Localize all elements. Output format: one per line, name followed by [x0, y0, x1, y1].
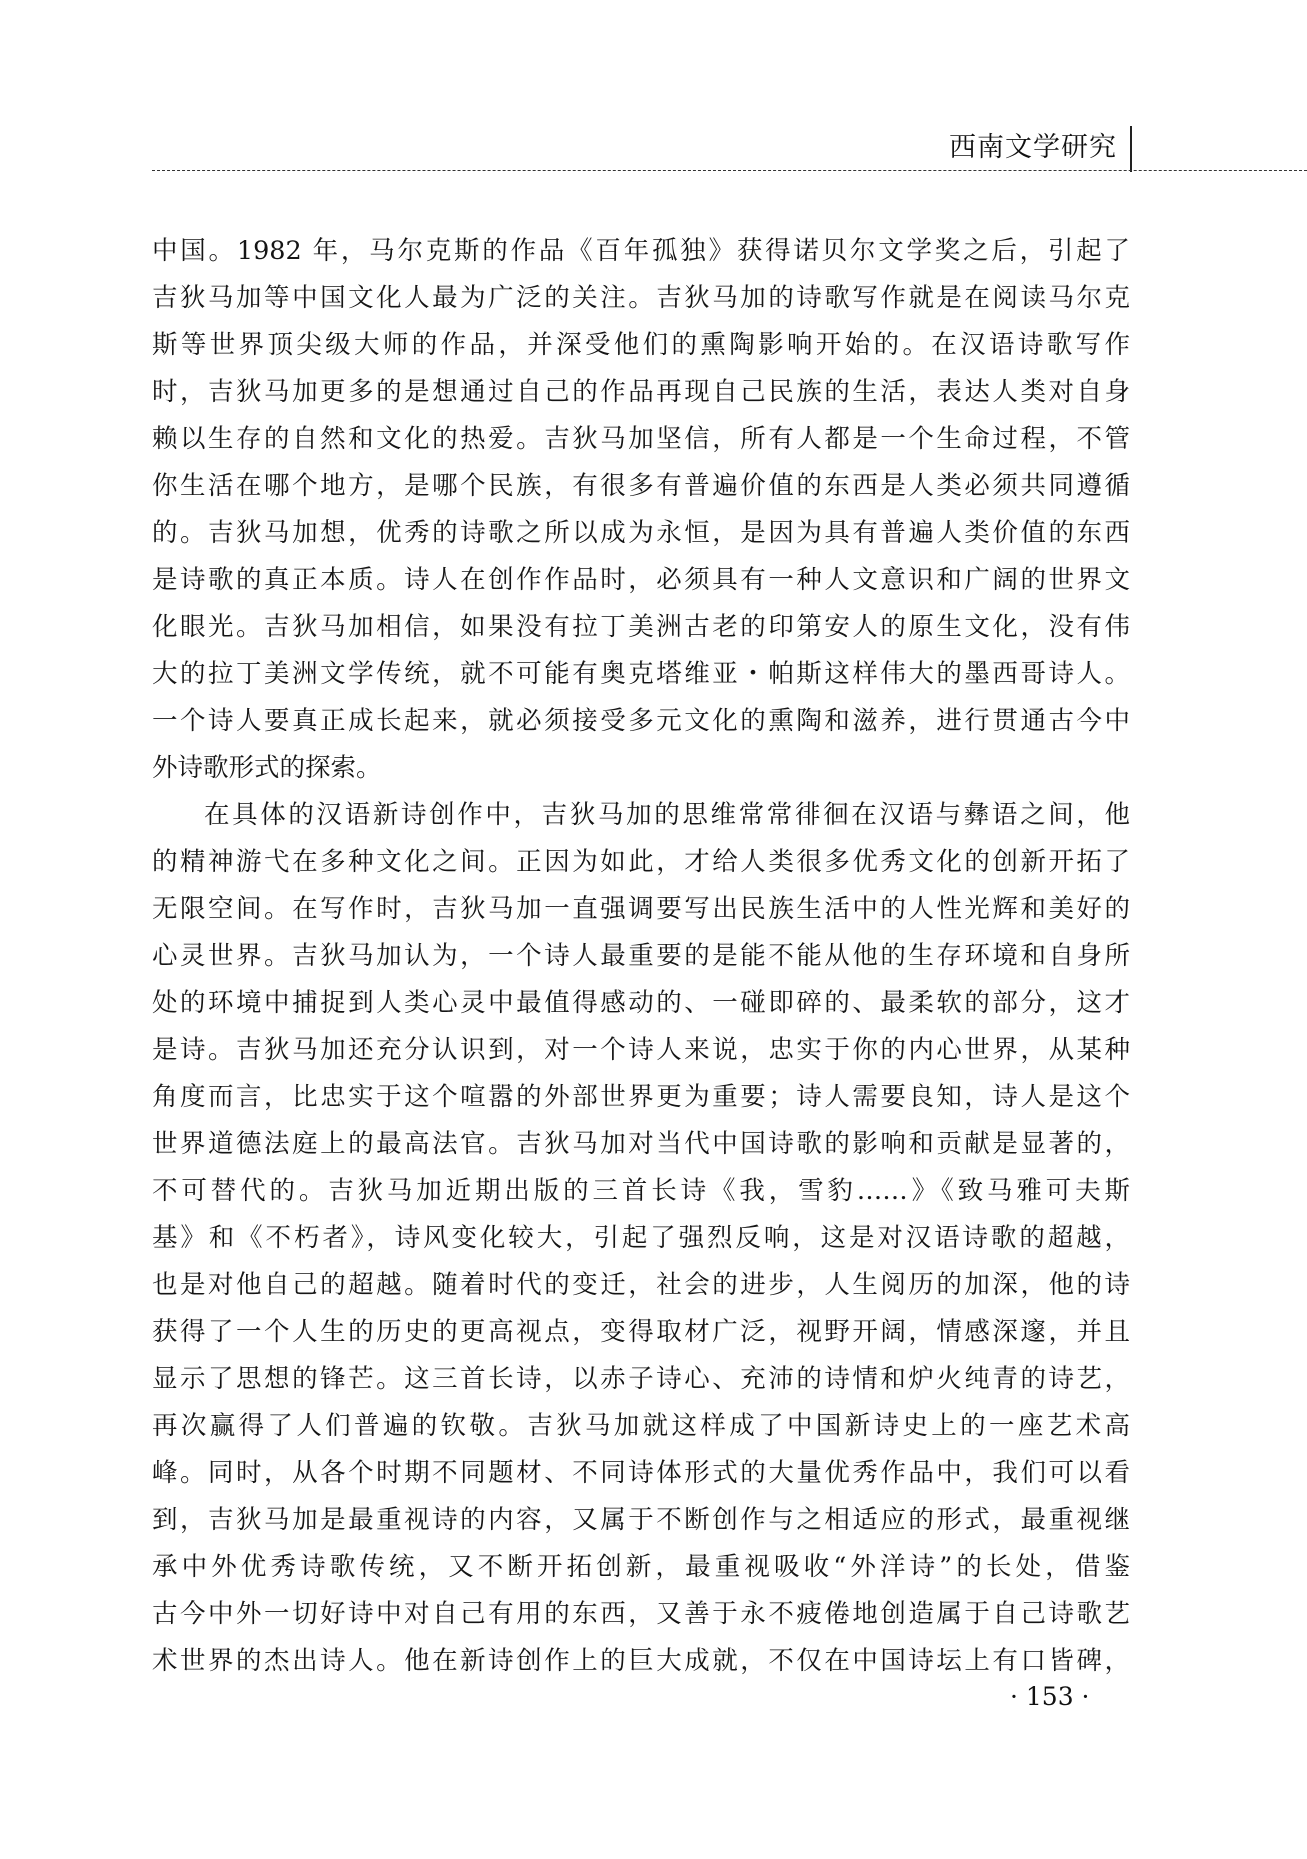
text-line: 角度而言，比忠实于这个喧嚣的外部世界更为重要；诗人需要良知，诗人是这个 [152, 1074, 1130, 1121]
journal-title: 西南文学研究 [949, 130, 1117, 166]
text-line: 大的拉丁美洲文学传统，就不可能有奥克塔维亚・帕斯这样伟大的墨西哥诗人。 [152, 651, 1130, 698]
text-line: 吉狄马加等中国文化人最为广泛的关注。吉狄马加的诗歌写作就是在阅读马尔克 [152, 275, 1130, 322]
text-line: 的。吉狄马加想，优秀的诗歌之所以成为永恒，是因为具有普遍人类价值的东西 [152, 510, 1130, 557]
header-dashed-rule [152, 170, 1307, 171]
text-line: 到，吉狄马加是最重视诗的内容，又属于不断创作与之相适应的形式，最重视继 [152, 1497, 1130, 1544]
text-line: 基》和《不朽者》，诗风变化较大，引起了强烈反响，这是对汉语诗歌的超越， [152, 1215, 1130, 1262]
text-line: 赖以生存的自然和文化的热爱。吉狄马加坚信，所有人都是一个生命过程，不管 [152, 416, 1130, 463]
page-number: · 153 · [1010, 1682, 1090, 1711]
text-line: 化眼光。吉狄马加相信，如果没有拉丁美洲古老的印第安人的原生文化，没有伟 [152, 604, 1130, 651]
text-line: 时，吉狄马加更多的是想通过自己的作品再现自己民族的生活，表达人类对自身 [152, 369, 1130, 416]
text-line: 中国。1982 年，马尔克斯的作品《百年孤独》获得诺贝尔文学奖之后，引起了 [152, 228, 1130, 275]
text-line: 处的环境中捕捉到人类心灵中最值得感动的、一碰即碎的、最柔软的部分，这才 [152, 980, 1130, 1027]
text-line: 显示了思想的锋芒。这三首长诗，以赤子诗心、充沛的诗情和炉火纯青的诗艺， [152, 1356, 1130, 1403]
header-vertical-divider [1130, 126, 1132, 172]
text-line: 也是对他自己的超越。随着时代的变迁，社会的进步，人生阅历的加深，他的诗 [152, 1262, 1130, 1309]
text-line: 不可替代的。吉狄马加近期出版的三首长诗《我，雪豹……》《致马雅可夫斯 [152, 1168, 1130, 1215]
paragraph-2: 在具体的汉语新诗创作中，吉狄马加的思维常常徘徊在汉语与彝语之间，他 的精神游弋在… [152, 792, 1130, 1685]
text-line: 术世界的杰出诗人。他在新诗创作上的巨大成就，不仅在中国诗坛上有口皆碑， [152, 1638, 1130, 1685]
text-line: 峰。同时，从各个时期不同题材、不同诗体形式的大量优秀作品中，我们可以看 [152, 1450, 1130, 1497]
text-line: 无限空间。在写作时，吉狄马加一直强调要写出民族生活中的人性光辉和美好的 [152, 886, 1130, 933]
text-line: 心灵世界。吉狄马加认为，一个诗人最重要的是能不能从他的生存环境和自身所 [152, 933, 1130, 980]
text-line: 外诗歌形式的探索。 [152, 745, 1130, 792]
text-line: 获得了一个人生的历史的更高视点，变得取材广泛，视野开阔，情感深邃，并且 [152, 1309, 1130, 1356]
paragraph-1: 中国。1982 年，马尔克斯的作品《百年孤独》获得诺贝尔文学奖之后，引起了 吉狄… [152, 228, 1130, 792]
text-line: 斯等世界顶尖级大师的作品，并深受他们的熏陶影响开始的。在汉语诗歌写作 [152, 322, 1130, 369]
text-line: 再次赢得了人们普遍的钦敬。吉狄马加就这样成了中国新诗史上的一座艺术高 [152, 1403, 1130, 1450]
text-line: 是诗歌的真正本质。诗人在创作作品时，必须具有一种人文意识和广阔的世界文 [152, 557, 1130, 604]
text-line: 世界道德法庭上的最高法官。吉狄马加对当代中国诗歌的影响和贡献是显著的， [152, 1121, 1130, 1168]
text-line: 古今中外一切好诗中对自己有用的东西，又善于永不疲倦地创造属于自己诗歌艺 [152, 1591, 1130, 1638]
text-line: 的精神游弋在多种文化之间。正因为如此，才给人类很多优秀文化的创新开拓了 [152, 839, 1130, 886]
text-line: 一个诗人要真正成长起来，就必须接受多元文化的熏陶和滋养，进行贯通古今中 [152, 698, 1130, 745]
text-line: 承中外优秀诗歌传统，又不断开拓创新，最重视吸收“外洋诗”的长处，借鉴 [152, 1544, 1130, 1591]
text-line: 你生活在哪个地方，是哪个民族，有很多有普遍价值的东西是人类必须共同遵循 [152, 463, 1130, 510]
text-line: 是诗。吉狄马加还充分认识到，对一个诗人来说，忠实于你的内心世界，从某种 [152, 1027, 1130, 1074]
article-body: 中国。1982 年，马尔克斯的作品《百年孤独》获得诺贝尔文学奖之后，引起了 吉狄… [152, 228, 1130, 1685]
text-line: 在具体的汉语新诗创作中，吉狄马加的思维常常徘徊在汉语与彝语之间，他 [152, 792, 1130, 839]
